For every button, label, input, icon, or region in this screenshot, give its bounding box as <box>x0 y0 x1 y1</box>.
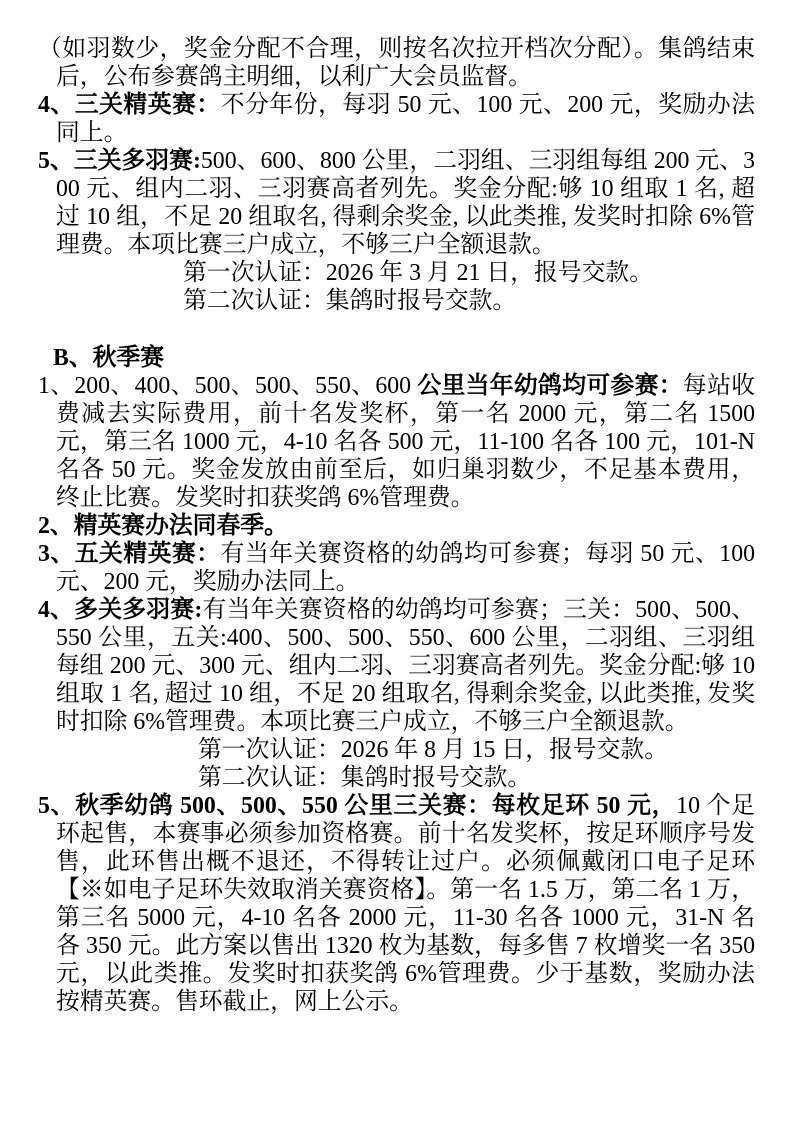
autumn-item-2-jingyingsai: 2、精英赛办法同春季。 <box>38 512 755 540</box>
text-segment: 第一次认证：2026 年 3 月 21 日，报号交款。 <box>183 260 653 286</box>
text-segment: 4、多关多羽赛: <box>38 597 202 623</box>
text-segment: 4、三关精英赛： <box>38 92 221 118</box>
autumn-item-3-wuguan-jingyingsai: 3、五关精英赛：有当年关赛资格的幼鸽均可参赛；每羽 50 元、100 元、200… <box>38 540 755 596</box>
text-segment: 第二次认证：集鸽时报号交款。 <box>183 288 516 314</box>
spring-item-5-sanguan-duoyusai: 5、三关多羽赛:500、600、800 公里，二羽组、三羽组每组 200 元、3… <box>38 147 755 259</box>
text-segment: B、秋季赛 <box>53 345 164 371</box>
spring-carryover-paragraph: （如羽数少，奖金分配不合理，则按名次拉开档次分配）。集鸽结束后，公布参赛鸽主明细… <box>38 35 755 91</box>
spring-certification-2: 第二次认证：集鸽时报号交款。 <box>38 287 755 315</box>
autumn-item-1-youge-canSai: 1、200、400、500、500、550、600 公里当年幼鸽均可参赛：每站收… <box>38 372 755 512</box>
autumn-certification-1: 第一次认证：2026 年 8 月 15 日，报号交款。 <box>38 736 755 764</box>
autumn-section-heading: B、秋季赛 <box>38 344 755 372</box>
autumn-item-5-sanguansai: 5、秋季幼鸽 500、500、550 公里三关赛：每枚足环 50 元，10 个足… <box>38 792 755 1016</box>
text-segment: 第一次认证：2026 年 8 月 15 日，报号交款。 <box>198 737 668 763</box>
text-segment: （如羽数少，奖金分配不合理，则按名次拉开档次分配）。集鸽结束后，公布参赛鸽主明细… <box>38 36 755 90</box>
text-segment: 2、精英赛办法同春季。 <box>38 513 288 539</box>
spring-certification-1: 第一次认证：2026 年 3 月 21 日，报号交款。 <box>38 259 755 287</box>
text-segment: 公里当年幼鸽均可参赛： <box>417 373 683 399</box>
text-segment: 10 个足环起售，本赛事必须参加资格赛。前十名发奖杯，按足环顺序号发售，此环售出… <box>56 793 755 1015</box>
text-segment: 5、三关多羽赛: <box>38 148 201 174</box>
autumn-certification-2: 第二次认证：集鸽时报号交款。 <box>38 764 755 792</box>
document-page: （如羽数少，奖金分配不合理，则按名次拉开档次分配）。集鸽结束后，公布参赛鸽主明细… <box>0 0 793 1016</box>
spring-item-4-sanguan-jingyingsai: 4、三关精英赛：不分年份，每羽 50 元、100 元、200 元，奖励办法同上。 <box>38 91 755 147</box>
text-segment: 第二次认证：集鸽时报号交款。 <box>198 765 531 791</box>
text-segment: 1、200、400、500、500、550、600 <box>38 373 417 399</box>
text-segment: 5、秋季幼鸽 500、500、550 公里三关赛：每枚足环 50 元， <box>38 793 676 819</box>
text-segment: 3、五关精英赛： <box>38 541 221 567</box>
autumn-item-4-duoguan-duoyusai: 4、多关多羽赛:有当年关赛资格的幼鸽均可参赛；三关：500、500、550 公里… <box>38 596 755 736</box>
